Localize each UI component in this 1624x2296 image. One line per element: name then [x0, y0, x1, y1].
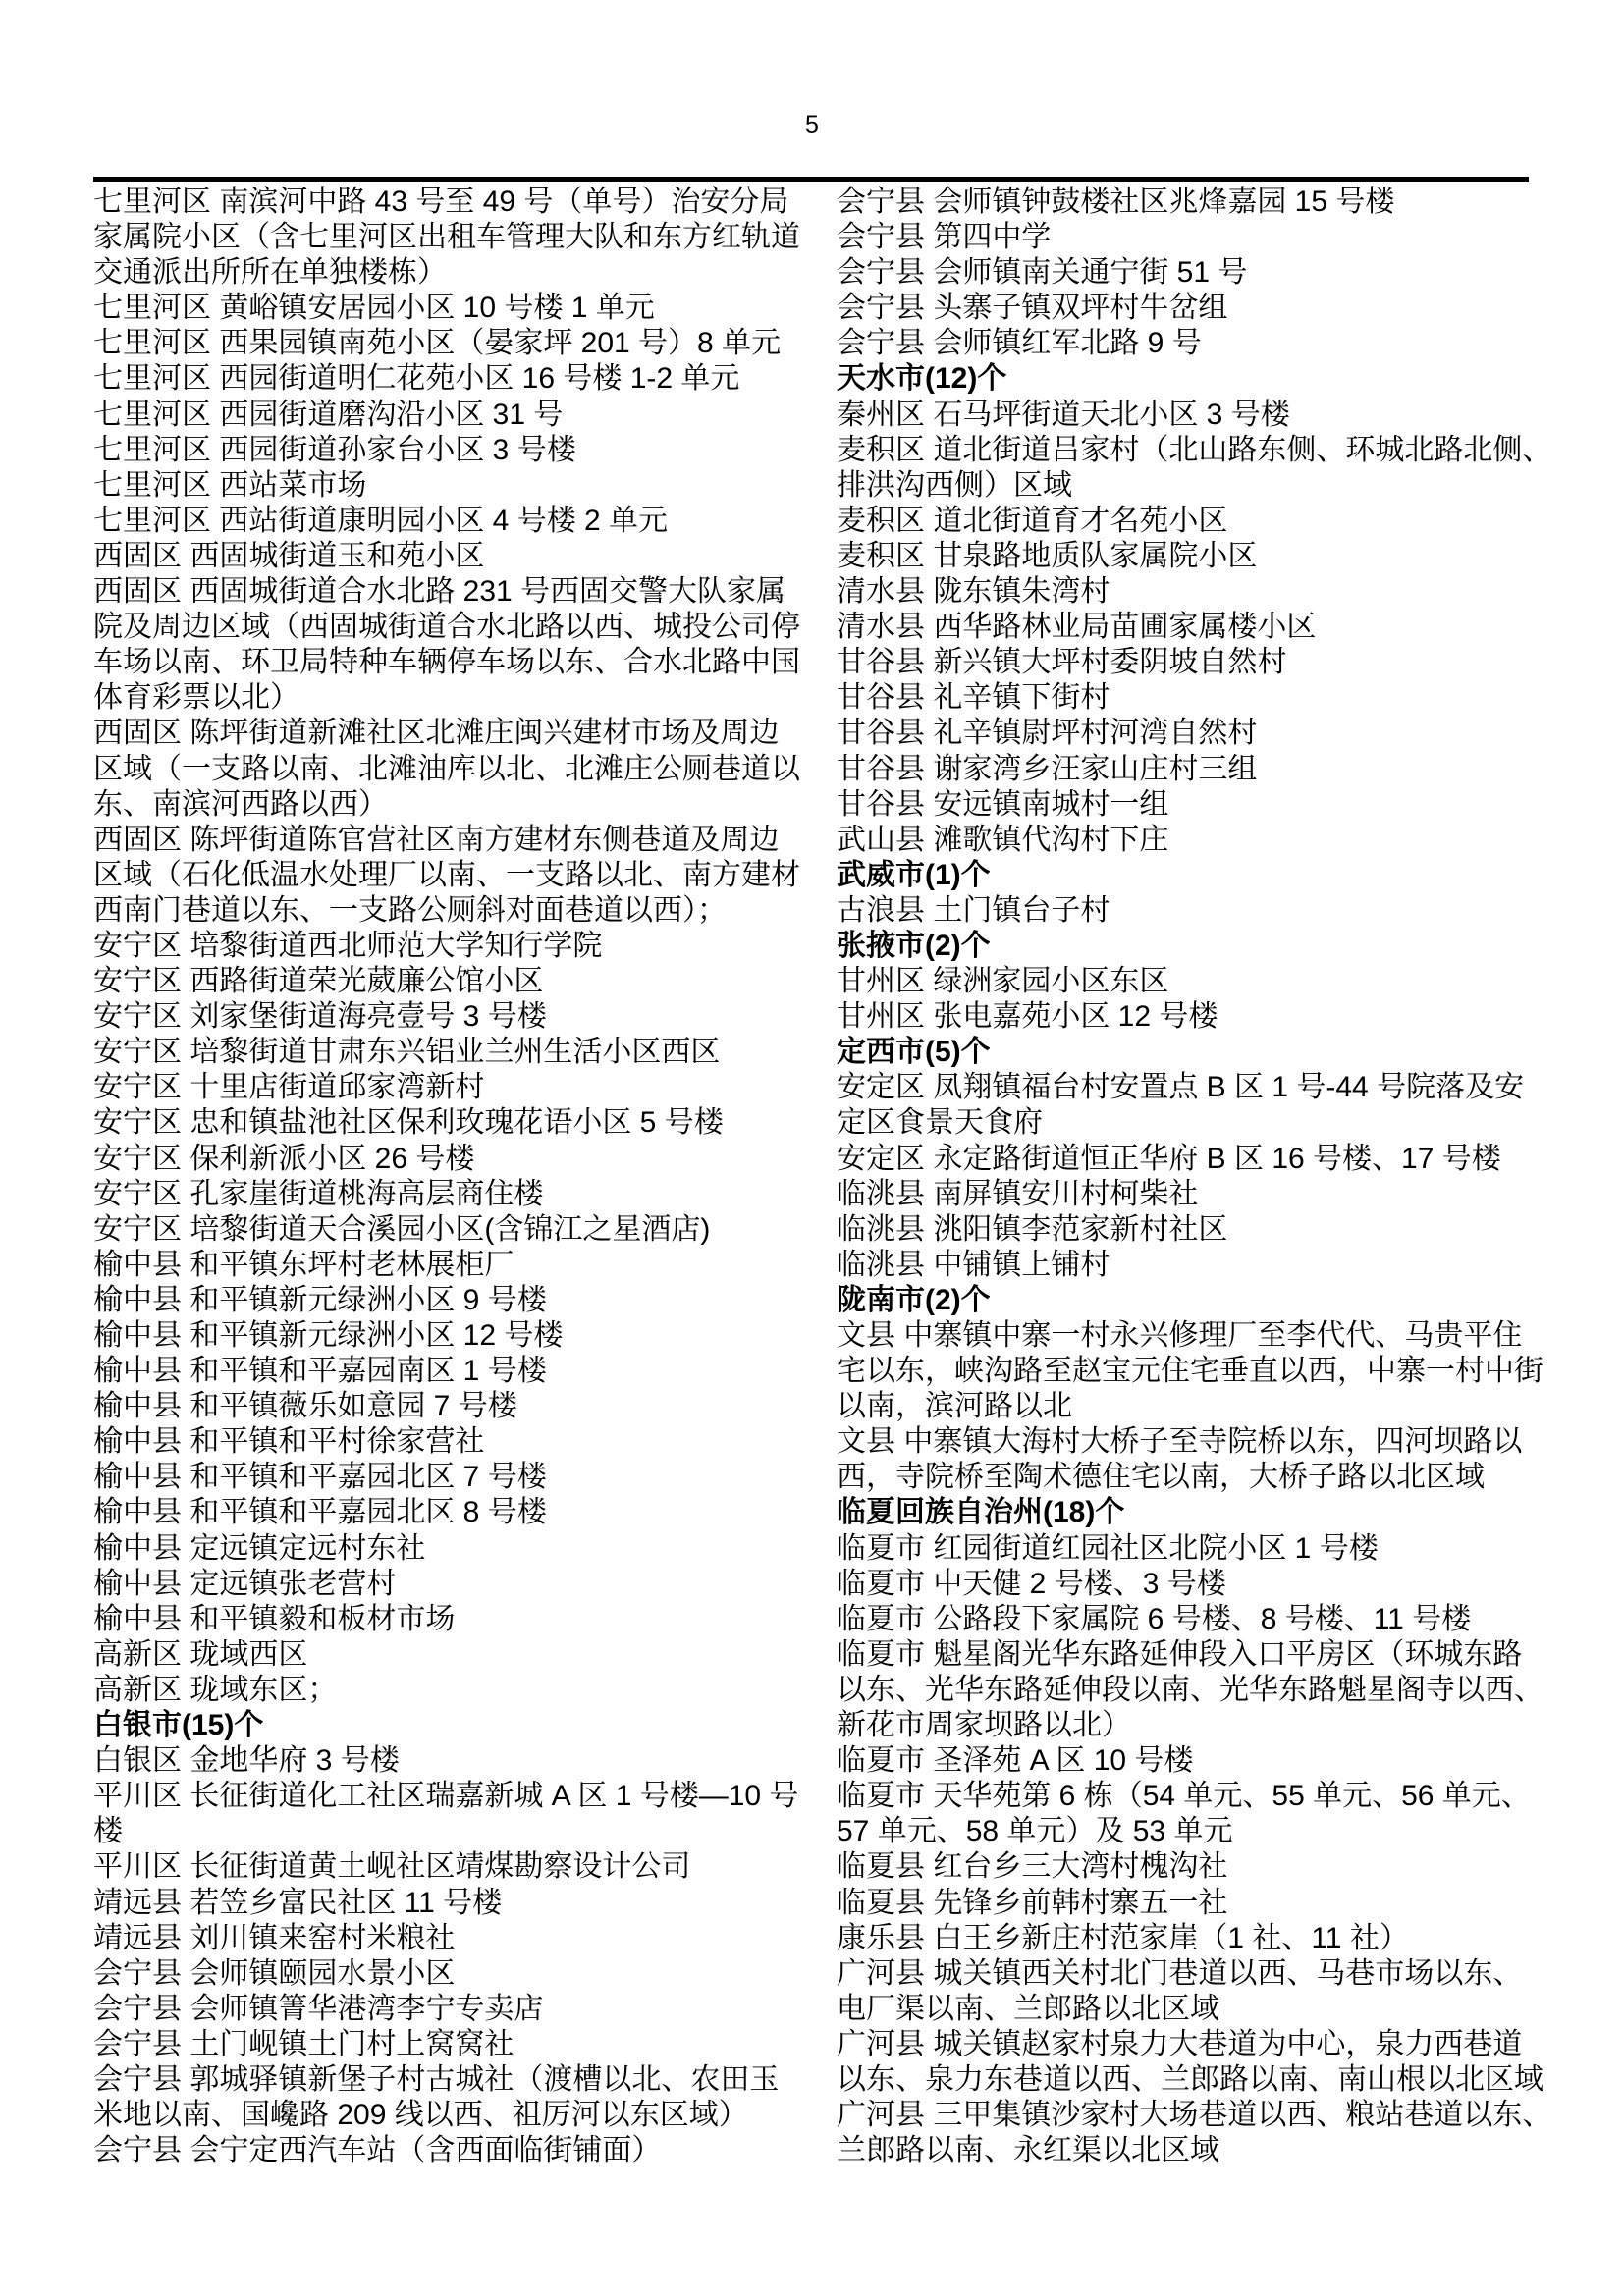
area-text-line: 安宁区 培黎街道天合溪园小区(含锦江之星酒店) [93, 1212, 800, 1248]
area-text-line: 白银区 金地华府 3 号楼 [93, 1743, 800, 1779]
area-text-line: 武山县 滩歌镇代沟村下庄 [837, 823, 1540, 858]
city-section-heading: 定西市(5)个 [837, 1035, 1540, 1070]
area-text-line: 临夏市 中天健 2 号楼、3 号楼 [837, 1567, 1540, 1602]
area-text-line: 区域（石化低温水处理厂以南、一支路以北、南方建材 [93, 858, 800, 893]
area-text-line: 新花市周家坝路以北） [837, 1708, 1540, 1743]
area-text-line: 会宁县 会师镇钟鼓楼社区兆烽嘉园 15 号楼 [837, 185, 1540, 220]
right-column: 会宁县 会师镇钟鼓楼社区兆烽嘉园 15 号楼会宁县 第四中学会宁县 会师镇南关通… [837, 185, 1540, 2168]
city-section-heading: 张掖市(2)个 [837, 929, 1540, 964]
area-text-line: 甘谷县 礼辛镇下街村 [837, 680, 1540, 716]
area-text-line: 文县 中寨镇大海村大桥子至寺院桥以东，四河坝路以 [837, 1424, 1540, 1460]
city-section-heading: 天水市(12)个 [837, 361, 1540, 397]
area-text-line: 西，寺院桥至陶术德住宅以南，大桥子路以北区域 [837, 1460, 1540, 1495]
city-section-heading: 白银市(15)个 [93, 1708, 800, 1743]
area-text-line: 七里河区 黄峪镇安居园小区 10 号楼 1 单元 [93, 291, 800, 326]
area-text-line: 榆中县 定远镇张老营村 [93, 1567, 800, 1602]
area-text-line: 临夏县 先锋乡前韩村寨五一社 [837, 1886, 1540, 1921]
area-text-line: 东、南滨河西路以西） [93, 787, 800, 823]
area-text-line: 榆中县 和平镇新元绿洲小区 12 号楼 [93, 1318, 800, 1354]
area-text-line: 临夏市 魁星阁光华东路延伸段入口平房区（环城东路 [837, 1637, 1540, 1673]
area-text-line: 会宁县 头寨子镇双坪村牛岔组 [837, 291, 1540, 326]
area-text-line: 区域（一支路以南、北滩油库以北、北滩庄公厕巷道以 [93, 752, 800, 787]
area-text-line: 临洮县 洮阳镇李范家新村社区 [837, 1212, 1540, 1248]
area-text-line: 七里河区 西站菜市场 [93, 468, 800, 504]
area-text-line: 以东、光华东路延伸段以南、光华东路魁星阁寺以西、 [837, 1673, 1540, 1708]
area-text-line: 古浪县 土门镇台子村 [837, 893, 1540, 929]
area-text-line: 临夏市 圣泽苑 A 区 10 号楼 [837, 1743, 1540, 1779]
area-text-line: 榆中县 和平镇和平嘉园北区 8 号楼 [93, 1495, 800, 1530]
area-text-line: 安宁区 刘家堡街道海亮壹号 3 号楼 [93, 999, 800, 1035]
area-text-line: 安宁区 西路街道荣光葳廉公馆小区 [93, 964, 800, 999]
area-text-line: 西固区 陈坪街道陈官营社区南方建材东侧巷道及周边 [93, 823, 800, 858]
area-text-line: 安宁区 孔家崖街道桃海高层商住楼 [93, 1177, 800, 1212]
area-text-line: 七里河区 西果园镇南苑小区（晏家坪 201 号）8 单元 [93, 326, 800, 361]
area-text-line: 平川区 长征街道化工社区瑞嘉新城 A 区 1 号楼—10 号 [93, 1779, 800, 1814]
area-text-line: 排洪沟西侧）区域 [837, 468, 1540, 504]
area-text-line: 会宁县 会师镇南关通宁街 51 号 [837, 255, 1540, 291]
area-text-line: 广河县 城关镇西关村北门巷道以西、马巷市场以东、 [837, 1956, 1540, 1992]
area-text-line: 临夏市 公路段下家属院 6 号楼、8 号楼、11 号楼 [837, 1602, 1540, 1637]
area-text-line: 安宁区 十里店街道邱家湾新村 [93, 1070, 800, 1105]
area-text-line: 临夏县 红台乡三大湾村槐沟社 [837, 1849, 1540, 1885]
area-text-line: 榆中县 和平镇新元绿洲小区 9 号楼 [93, 1283, 800, 1318]
area-text-line: 康乐县 白王乡新庄村范家崖（1 社、11 社） [837, 1921, 1540, 1956]
area-text-line: 会宁县 土门岘镇土门村上窝窝社 [93, 2027, 800, 2062]
area-text-line: 七里河区 西园街道磨沟沿小区 31 号 [93, 398, 800, 433]
area-text-line: 清水县 西华路林业局苗圃家属楼小区 [837, 610, 1540, 645]
area-text-line: 西固区 西固城街道玉和苑小区 [93, 539, 800, 574]
area-text-line: 以东、泉力东巷道以西、兰郎路以南、南山根以北区域 [837, 2062, 1540, 2098]
area-text-line: 安定区 凤翔镇福台村安置点 B 区 1 号-44 号院落及安 [837, 1070, 1540, 1105]
area-text-line: 高新区 珑域西区 [93, 1637, 800, 1673]
area-text-line: 广河县 城关镇赵家村泉力大巷道为中心，泉力西巷道 [837, 2027, 1540, 2062]
area-text-line: 广河县 三甲集镇沙家村大场巷道以西、粮站巷道以东、 [837, 2098, 1540, 2133]
area-text-line: 安定区 永定路街道恒正华府 B 区 16 号楼、17 号楼 [837, 1142, 1540, 1177]
area-text-line: 文县 中寨镇中寨一村永兴修理厂至李代代、马贵平住 [837, 1318, 1540, 1354]
area-text-line: 榆中县 定远镇定远村东社 [93, 1531, 800, 1567]
area-text-line: 甘谷县 谢家湾乡汪家山庄村三组 [837, 752, 1540, 787]
area-text-line: 临夏市 天华苑第 6 栋（54 单元、55 单元、56 单元、 [837, 1779, 1540, 1814]
area-text-line: 临夏市 红园街道红园社区北院小区 1 号楼 [837, 1531, 1540, 1567]
area-text-line: 电厂渠以南、兰郎路以北区域 [837, 1992, 1540, 2027]
city-section-heading: 武威市(1)个 [837, 858, 1540, 893]
area-text-line: 清水县 陇东镇朱湾村 [837, 574, 1540, 610]
area-text-line: 交通派出所所在单独楼栋） [93, 255, 800, 291]
area-text-line: 甘谷县 新兴镇大坪村委阴坡自然村 [837, 645, 1540, 680]
area-text-line: 定区食景天食府 [837, 1105, 1540, 1141]
area-text-line: 甘州区 张电嘉苑小区 12 号楼 [837, 999, 1540, 1035]
area-text-line: 米地以南、国巉路 209 线以西、祖厉河以东区域） [93, 2098, 800, 2133]
left-column: 七里河区 南滨河中路 43 号至 49 号（单号）治安分局家属院小区（含七里河区… [93, 185, 800, 2168]
area-text-line: 榆中县 和平镇和平嘉园南区 1 号楼 [93, 1354, 800, 1389]
area-text-line: 靖远县 若笠乡富民社区 11 号楼 [93, 1886, 800, 1921]
area-text-line: 七里河区 西园街道明仁花苑小区 16 号楼 1-2 单元 [93, 361, 800, 397]
area-text-line: 西固区 西固城街道合水北路 231 号西固交警大队家属 [93, 574, 800, 610]
area-text-line: 麦积区 道北街道育才名苑小区 [837, 504, 1540, 539]
area-text-line: 会宁县 会师镇红军北路 9 号 [837, 326, 1540, 361]
area-text-line: 榆中县 和平镇和平嘉园北区 7 号楼 [93, 1460, 800, 1495]
city-section-heading: 临夏回族自治州(18)个 [837, 1495, 1540, 1530]
area-text-line: 家属院小区（含七里河区出租车管理大队和东方红轨道 [93, 220, 800, 255]
area-text-line: 体育彩票以北） [93, 680, 800, 716]
area-text-line: 麦积区 道北街道吕家村（北山路东侧、环城北路北侧、 [837, 433, 1540, 468]
area-text-line: 甘谷县 礼辛镇尉坪村河湾自然村 [837, 716, 1540, 751]
header-rule [93, 177, 1529, 182]
area-text-line: 会宁县 第四中学 [837, 220, 1540, 255]
area-text-line: 临洮县 中铺镇上铺村 [837, 1248, 1540, 1283]
area-text-line: 会宁县 郭城驿镇新堡子村古城社（渡槽以北、农田玉 [93, 2062, 800, 2098]
area-text-line: 安宁区 忠和镇盐池社区保利玫瑰花语小区 5 号楼 [93, 1105, 800, 1141]
area-text-line: 榆中县 和平镇毅和板材市场 [93, 1602, 800, 1637]
area-text-line: 麦积区 甘泉路地质队家属院小区 [837, 539, 1540, 574]
area-text-line: 宅以东，峡沟路至赵宝元住宅垂直以西，中寨一村中街 [837, 1354, 1540, 1389]
area-text-line: 秦州区 石马坪街道天北小区 3 号楼 [837, 398, 1540, 433]
area-text-line: 57 单元、58 单元）及 53 单元 [837, 1814, 1540, 1849]
area-text-line: 院及周边区域（西固城街道合水北路以西、城投公司停 [93, 610, 800, 645]
area-text-line: 安宁区 保利新派小区 26 号楼 [93, 1142, 800, 1177]
area-text-line: 榆中县 和平镇和平村徐家营社 [93, 1424, 800, 1460]
area-text-line: 以南，滨河路以北 [837, 1389, 1540, 1424]
area-text-line: 靖远县 刘川镇来窑村米粮社 [93, 1921, 800, 1956]
area-text-line: 西南门巷道以东、一支路公厕斜对面巷道以西）； [93, 893, 800, 929]
area-text-line: 西固区 陈坪街道新滩社区北滩庄闽兴建材市场及周边 [93, 716, 800, 751]
area-text-line: 临洮县 南屏镇安川村柯柴社 [837, 1177, 1540, 1212]
city-section-heading: 陇南市(2)个 [837, 1283, 1540, 1318]
area-text-line: 兰郎路以南、永红渠以北区域 [837, 2133, 1540, 2168]
area-text-line: 车场以南、环卫局特种车辆停车场以东、合水北路中国 [93, 645, 800, 680]
area-text-line: 榆中县 和平镇薇乐如意园 7 号楼 [93, 1389, 800, 1424]
area-text-line: 七里河区 西园街道孙家台小区 3 号楼 [93, 433, 800, 468]
area-text-line: 榆中县 和平镇东坪村老林展柜厂 [93, 1248, 800, 1283]
area-text-line: 平川区 长征街道黄土岘社区靖煤勘察设计公司 [93, 1849, 800, 1885]
area-text-line: 会宁县 会宁定西汽车站（含西面临街铺面） [93, 2133, 800, 2168]
area-text-line: 会宁县 会师镇颐园水景小区 [93, 1956, 800, 1992]
area-text-line: 安宁区 培黎街道西北师范大学知行学院 [93, 929, 800, 964]
area-text-line: 楼 [93, 1814, 800, 1849]
area-text-line: 高新区 珑域东区； [93, 1673, 800, 1708]
area-text-line: 甘州区 绿洲家园小区东区 [837, 964, 1540, 999]
area-text-line: 七里河区 西站街道康明园小区 4 号楼 2 单元 [93, 504, 800, 539]
area-text-line: 会宁县 会师镇箐华港湾李宁专卖店 [93, 1992, 800, 2027]
area-text-line: 甘谷县 安远镇南城村一组 [837, 787, 1540, 823]
area-text-line: 七里河区 南滨河中路 43 号至 49 号（单号）治安分局 [93, 185, 800, 220]
area-text-line: 安宁区 培黎街道甘肃东兴铝业兰州生活小区西区 [93, 1035, 800, 1070]
page-number: 5 [0, 110, 1624, 139]
